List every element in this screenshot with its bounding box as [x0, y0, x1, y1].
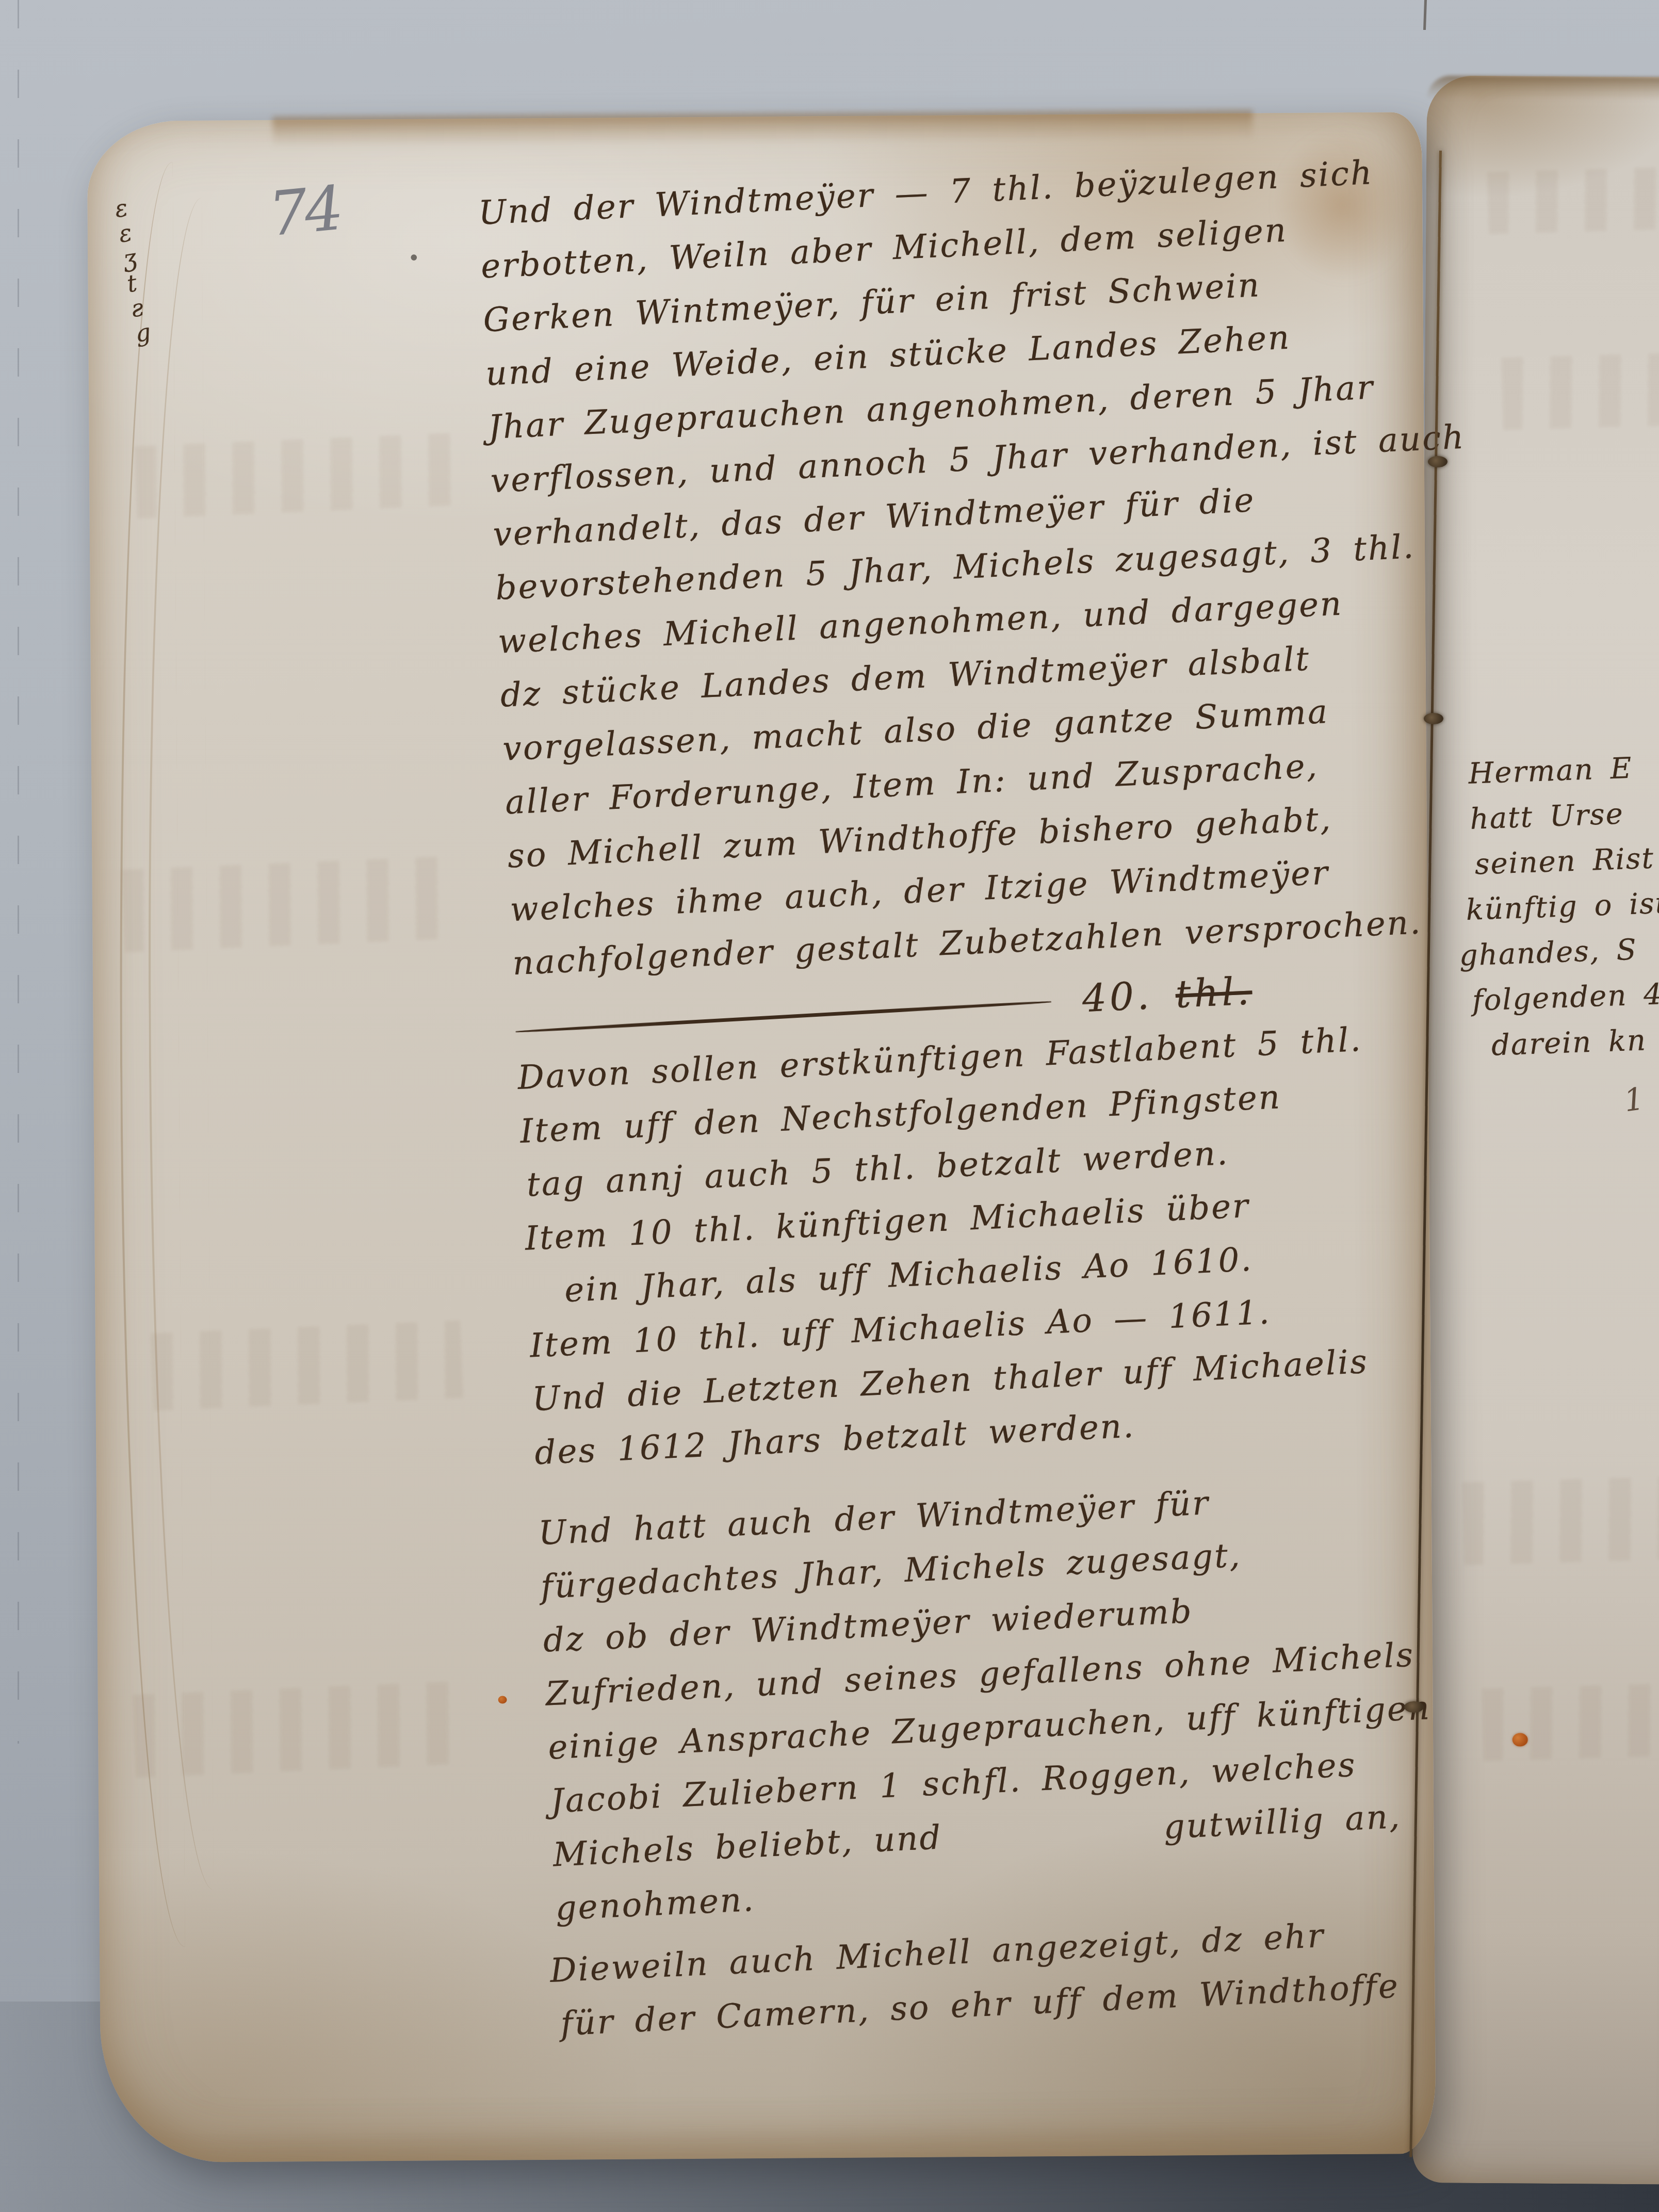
- handwriting-line: Herman E: [1468, 742, 1659, 797]
- right-page-text-fragment: Herman E hatt Urse seinen Rist künftig o…: [1468, 742, 1659, 1069]
- line-fragment: gutwillig an,: [1162, 1790, 1402, 1855]
- handwriting-line: folgenden 4: [1471, 969, 1659, 1023]
- manuscript-text: Und der Windtmeÿer — 7 thl. beÿzulegen s…: [477, 144, 1489, 2051]
- top-edge-stain: [272, 110, 1253, 148]
- handwriting-line: darein kn: [1491, 1014, 1659, 1068]
- show-through: [1482, 1683, 1659, 1761]
- show-through: [122, 856, 465, 952]
- backdrop-mark: [1423, 0, 1427, 30]
- page-number: 74: [266, 172, 344, 250]
- paragraph: Und der Windtmeÿer — 7 thl. beÿzulegen s…: [477, 144, 1441, 990]
- sum-amount-unit: thl.: [1175, 969, 1253, 1017]
- show-through: [134, 433, 457, 518]
- show-through: [1487, 167, 1659, 234]
- show-through: [151, 1321, 463, 1411]
- backdrop-scratch-line: [18, 0, 19, 1744]
- show-through: [1462, 1477, 1659, 1565]
- wax-spot: [1512, 1733, 1528, 1746]
- sum-amount: 40. thl.: [1081, 964, 1253, 1026]
- show-through: [133, 1681, 466, 1778]
- stitch-knot: [1424, 713, 1443, 724]
- page-number-dot: .: [406, 217, 421, 271]
- paragraph: Davon sollen erstkünftigen Fastlabent 5 …: [516, 1009, 1463, 1480]
- stitch-knot: [1404, 1701, 1424, 1713]
- left-page: 74 . ε ɛ ʒ t ƨ g Und der Windtmeÿer — 7 …: [87, 112, 1436, 2163]
- sum-rule-line: [515, 1000, 1051, 1034]
- show-through: [1501, 353, 1659, 430]
- handwriting-line: künftig o ist: [1465, 879, 1659, 934]
- handwriting-line: hatt Urse: [1469, 788, 1659, 842]
- stitch-knot: [1428, 456, 1447, 467]
- amount-fragment: 1: [1622, 1081, 1646, 1119]
- sum-amount-number: 40.: [1081, 973, 1153, 1021]
- handwriting-line: seinen Rist: [1474, 833, 1659, 888]
- line-gap: [941, 1801, 1165, 1864]
- paragraph: Und hatt auch der Windtmeÿer für fürgeda…: [537, 1465, 1484, 1936]
- right-page-top-stain: [1427, 75, 1659, 101]
- ink-fleck: [498, 1696, 507, 1703]
